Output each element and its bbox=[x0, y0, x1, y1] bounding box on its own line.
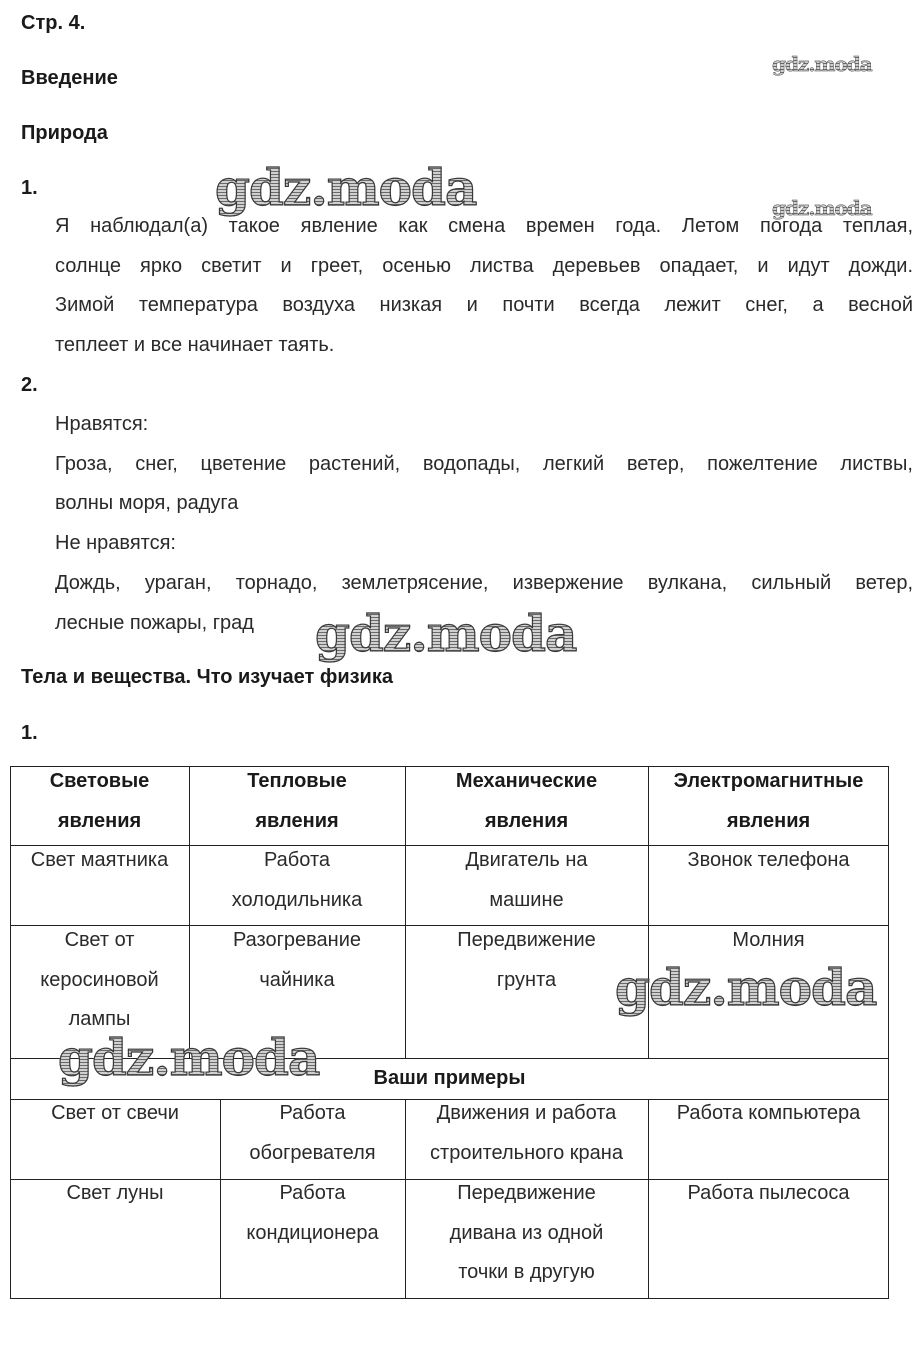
header-line: Электромагнитные bbox=[648, 762, 889, 802]
examples-label: Ваши примеры bbox=[10, 1059, 889, 1099]
cell-line: Молния bbox=[648, 921, 889, 961]
table-cell: Свет от керосиновой лампы bbox=[10, 921, 189, 1040]
table-cell: Работа холодильника bbox=[189, 841, 405, 920]
cell-line: Передвижение bbox=[405, 921, 648, 961]
cell-line: керосиновой bbox=[10, 961, 189, 1001]
answer-line: Зимой температура воздуха низкая и почти… bbox=[55, 286, 913, 326]
header-line: Тепловые bbox=[189, 762, 405, 802]
cell-line: дивана из одной bbox=[405, 1214, 648, 1254]
header-line: явления bbox=[189, 802, 405, 842]
cell-line: Работа компьютера bbox=[648, 1094, 889, 1134]
cell-line: кондиционера bbox=[220, 1214, 405, 1254]
table-cell: Движения и работа строительного крана bbox=[405, 1094, 648, 1173]
table-header-mechanical: Механические явления bbox=[405, 762, 648, 841]
likes-label: Нравятся: bbox=[55, 405, 913, 445]
cell-line: Работа bbox=[220, 1094, 405, 1134]
section-heading-intro: Введение bbox=[21, 67, 118, 90]
cell-line: чайника bbox=[189, 961, 405, 1001]
table-cell: Работа компьютера bbox=[648, 1094, 889, 1134]
header-line: Световые bbox=[10, 762, 189, 802]
cell-line: Работа bbox=[220, 1174, 405, 1214]
table-cell: Молния bbox=[648, 921, 889, 961]
table-cell: Работа обогревателя bbox=[220, 1094, 405, 1173]
cell-line: обогревателя bbox=[220, 1134, 405, 1174]
cell-line: Передвижение bbox=[405, 1174, 648, 1214]
cell-line: Свет от свечи bbox=[10, 1094, 220, 1134]
cell-line: Звонок телефона bbox=[648, 841, 889, 881]
cell-line: грунта bbox=[405, 961, 648, 1001]
table-cell: Передвижение дивана из одной точки в дру… bbox=[405, 1174, 648, 1293]
cell-line: Двигатель на bbox=[405, 841, 648, 881]
header-line: явления bbox=[648, 802, 889, 842]
table-cell: Свет от свечи bbox=[10, 1094, 220, 1134]
dislikes-line: лесные пожары, град bbox=[55, 604, 913, 644]
cell-line: Работа пылесоса bbox=[648, 1174, 889, 1214]
dislikes-line: Дождь, ураган, торнадо, землетрясение, и… bbox=[55, 564, 913, 604]
cell-line: Свет луны bbox=[10, 1174, 220, 1214]
cell-line: холодильника bbox=[189, 881, 405, 921]
cell-line: точки в другую bbox=[405, 1253, 648, 1293]
question-number-1: 1. bbox=[21, 177, 38, 200]
table-cell: Работа кондиционера bbox=[220, 1174, 405, 1253]
cell-line: Свет маятника bbox=[10, 841, 189, 881]
answer-line: Я наблюдал(а) такое явление как смена вр… bbox=[55, 207, 913, 247]
table-cell: Разогревание чайника bbox=[189, 921, 405, 1000]
section-heading-nature: Природа bbox=[21, 122, 108, 145]
cell-line: Свет от bbox=[10, 921, 189, 961]
answer-paragraph-1: Я наблюдал(а) такое явление как смена вр… bbox=[55, 207, 913, 366]
table-header-thermal: Тепловые явления bbox=[189, 762, 405, 841]
table-header-electromagnetic: Электромагнитные явления bbox=[648, 762, 889, 841]
cell-line: лампы bbox=[10, 1000, 189, 1040]
table-cell: Передвижение грунта bbox=[405, 921, 648, 1000]
cell-line: Работа bbox=[189, 841, 405, 881]
question-number-2: 2. bbox=[21, 374, 38, 397]
likes-line: Гроза, снег, цветение растений, водопады… bbox=[55, 445, 913, 485]
header-line: явления bbox=[405, 802, 648, 842]
page-label: Стр. 4. bbox=[21, 12, 85, 35]
table-cell: Свет луны bbox=[10, 1174, 220, 1214]
table-cell: Звонок телефона bbox=[648, 841, 889, 881]
table-header-light: Световые явления bbox=[10, 762, 189, 841]
cell-line: строительного крана bbox=[405, 1134, 648, 1174]
section-heading-physics: Тела и вещества. Что изучает физика bbox=[21, 666, 393, 689]
answer-line: теплеет и все начинает таять. bbox=[55, 326, 913, 366]
answer-line: солнце ярко светит и греет, осенью листв… bbox=[55, 247, 913, 287]
cell-line: Движения и работа bbox=[405, 1094, 648, 1134]
table-cell: Двигатель на машине bbox=[405, 841, 648, 920]
table-cell: Свет маятника bbox=[10, 841, 189, 881]
answer-paragraph-2: Нравятся: Гроза, снег, цветение растений… bbox=[55, 405, 913, 643]
likes-line: волны моря, радуга bbox=[55, 484, 913, 524]
header-line: Механические bbox=[405, 762, 648, 802]
table-cell: Работа пылесоса bbox=[648, 1174, 889, 1214]
header-line: явления bbox=[10, 802, 189, 842]
watermark-logo: gdz.moda bbox=[772, 52, 872, 76]
question-number-physics-1: 1. bbox=[21, 722, 38, 745]
dislikes-label: Не нравятся: bbox=[55, 524, 913, 564]
cell-line: Разогревание bbox=[189, 921, 405, 961]
cell-line: машине bbox=[405, 881, 648, 921]
